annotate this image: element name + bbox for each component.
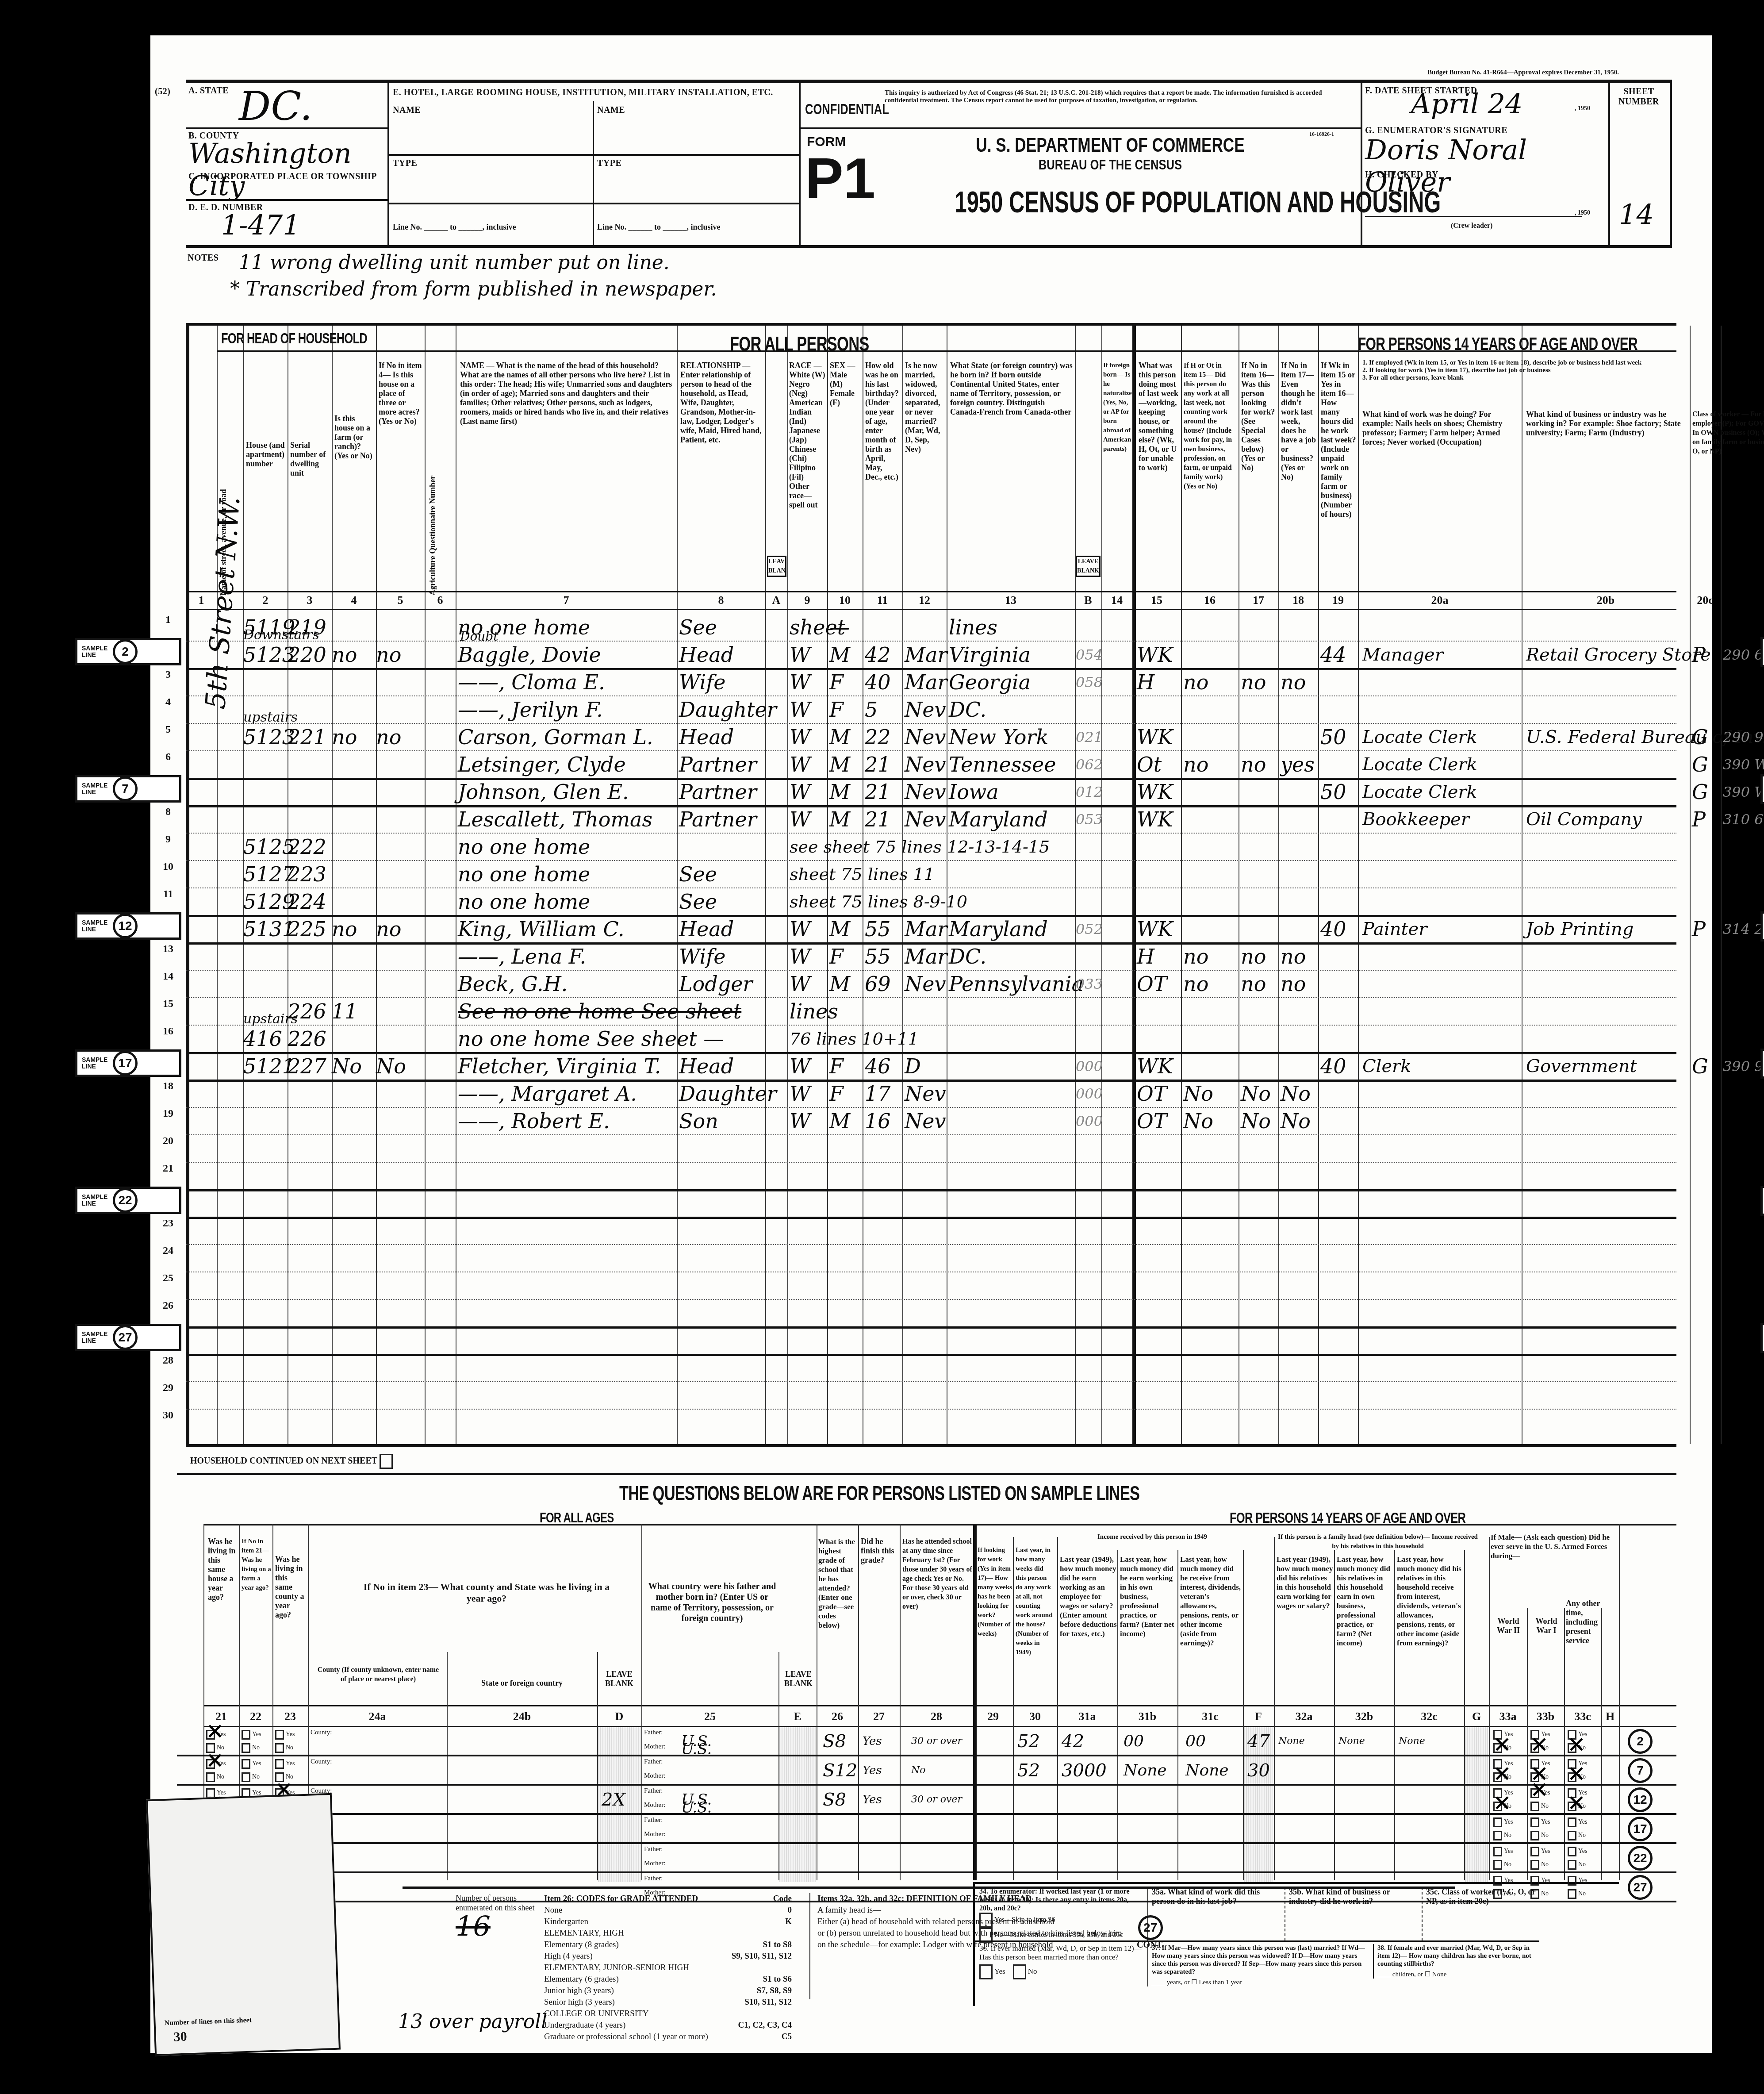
house-number-cell[interactable] (243, 668, 288, 696)
acres-answer-cell[interactable]: No (376, 1052, 425, 1080)
relationship-cell[interactable] (679, 997, 767, 1026)
looking-for-work-cell[interactable] (1241, 1025, 1281, 1053)
sex-cell[interactable]: M (829, 1107, 865, 1135)
hours-worked-cell[interactable] (1320, 750, 1360, 779)
farm-answer-cell[interactable] (332, 1107, 376, 1135)
acres-answer-cell[interactable]: no (376, 723, 425, 751)
office-code-cell[interactable] (1723, 1025, 1764, 1053)
col-F-value[interactable]: 47 (1247, 1729, 1270, 1754)
hours-worked-cell[interactable]: 50 (1320, 723, 1360, 751)
acres-answer-cell[interactable] (376, 833, 425, 861)
hours-worked-cell[interactable] (1320, 970, 1360, 998)
office-code-cell[interactable]: 390 WV 2 (1723, 750, 1764, 779)
acres-answer-cell[interactable] (376, 613, 425, 642)
relationship-cell[interactable]: Head (679, 641, 767, 669)
birthplace-cell[interactable] (949, 1080, 1077, 1108)
looking-for-work-cell[interactable]: no (1241, 942, 1281, 971)
person-name-cell[interactable]: Beck, G.H. (458, 970, 679, 998)
any-work-cell[interactable]: no (1183, 970, 1241, 998)
q33a-no-checkbox[interactable] (1493, 1831, 1502, 1840)
marital-status-cell[interactable]: D (905, 1052, 949, 1080)
relationship-cell[interactable]: Head (679, 1052, 767, 1080)
acres-answer-cell[interactable] (376, 970, 425, 998)
class-of-worker-cell[interactable] (1692, 970, 1723, 998)
has-job-cell[interactable] (1281, 805, 1320, 834)
q33a-yes-checkbox[interactable] (1493, 1847, 1502, 1856)
birthplace-cell[interactable]: Pennsylvania (949, 970, 1077, 998)
any-work-cell[interactable]: no (1183, 942, 1241, 971)
attended-school[interactable]: 30 or over (911, 1729, 962, 1754)
birth-code-cell[interactable] (1076, 833, 1102, 861)
ed-value[interactable]: 1-471 (221, 209, 300, 241)
looking-for-work-cell[interactable] (1241, 860, 1281, 888)
farm-answer-cell[interactable] (332, 695, 376, 724)
mother-birthplace[interactable]: U.S. (681, 1799, 712, 1817)
weeks-worked[interactable]: 52 (1017, 1729, 1040, 1754)
any-work-cell[interactable] (1183, 695, 1241, 724)
race-cell[interactable]: W (790, 723, 829, 751)
activity-cell[interactable]: WK (1137, 805, 1185, 834)
sex-cell[interactable]: M (829, 970, 865, 998)
serial-number-cell[interactable]: 225 (288, 915, 332, 943)
race-cell[interactable]: W (790, 915, 829, 943)
house-number-cell[interactable] (243, 778, 288, 806)
house-number-cell[interactable]: 5125 (243, 833, 288, 861)
birth-code-cell[interactable]: 052 (1076, 915, 1102, 943)
has-job-cell[interactable]: No (1281, 1080, 1320, 1108)
acres-answer-cell[interactable]: no (376, 915, 425, 943)
office-code-cell[interactable] (1723, 860, 1764, 888)
industry-cell[interactable] (1526, 1080, 1694, 1108)
acres-answer-cell[interactable] (376, 942, 425, 971)
marital-status-cell[interactable]: Mar (905, 942, 949, 971)
relationship-cell[interactable] (679, 1025, 767, 1053)
house-number-cell[interactable] (243, 750, 288, 779)
sex-cell[interactable]: M (829, 778, 865, 806)
relationship-cell[interactable]: Wife (679, 668, 767, 696)
class-of-worker-cell[interactable] (1692, 942, 1723, 971)
has-job-cell[interactable]: No (1281, 1107, 1320, 1135)
acres-answer-cell[interactable] (376, 668, 425, 696)
naturalized-cell[interactable] (1102, 723, 1132, 751)
marital-status-cell[interactable]: Nev (905, 970, 949, 998)
person-name-cell[interactable]: ——, Robert E. (458, 1107, 679, 1135)
relationship-cell[interactable]: See (679, 613, 767, 642)
serial-number-cell[interactable] (288, 1107, 332, 1135)
class-of-worker-cell[interactable] (1692, 1025, 1723, 1053)
hours-worked-cell[interactable]: 40 (1320, 915, 1360, 943)
state-value[interactable]: DC. (239, 83, 312, 130)
q21-no-checkbox[interactable] (206, 1772, 215, 1782)
occupation-cell[interactable]: Bookkeeper (1362, 805, 1526, 834)
farm-answer-cell[interactable] (332, 668, 376, 696)
activity-cell[interactable] (1137, 997, 1185, 1026)
birth-code-cell[interactable] (1076, 888, 1102, 916)
age-cell[interactable]: 21 (865, 750, 905, 779)
house-number-cell[interactable]: 5131 (243, 915, 288, 943)
grade-attended[interactable]: S8 (823, 1787, 846, 1812)
farm-answer-cell[interactable]: No (332, 1052, 376, 1080)
marital-status-cell[interactable]: Nev (905, 1080, 949, 1108)
sex-cell[interactable] (829, 860, 865, 888)
farm-answer-cell[interactable] (332, 888, 376, 916)
household-continued[interactable]: HOUSEHOLD CONTINUED ON NEXT SHEET (190, 1454, 395, 1469)
activity-cell[interactable]: WK (1137, 641, 1185, 669)
industry-cell[interactable] (1526, 695, 1694, 724)
class-of-worker-cell[interactable] (1692, 888, 1723, 916)
sex-cell[interactable] (829, 1025, 865, 1053)
marital-status-cell[interactable]: Mar (905, 668, 949, 696)
age-cell[interactable]: 16 (865, 1107, 905, 1135)
person-name-cell[interactable]: Fletcher, Virginia T. (458, 1052, 679, 1080)
naturalized-cell[interactable] (1102, 915, 1132, 943)
industry-cell[interactable] (1526, 997, 1694, 1026)
has-job-cell[interactable] (1281, 778, 1320, 806)
birth-code-cell[interactable] (1076, 942, 1102, 971)
race-cell[interactable]: W (790, 641, 829, 669)
sex-cell[interactable]: M (829, 641, 865, 669)
birthplace-cell[interactable]: Maryland (949, 915, 1077, 943)
any-work-cell[interactable] (1183, 888, 1241, 916)
naturalized-cell[interactable] (1102, 641, 1132, 669)
race-cell[interactable]: sheet 75 lines 8-9-10 (790, 888, 829, 916)
industry-cell[interactable] (1526, 1107, 1694, 1135)
industry-cell[interactable]: Retail Grocery Store (1526, 641, 1694, 669)
q33b-yes-checkbox[interactable] (1530, 1847, 1539, 1856)
q22-no-checkbox[interactable] (242, 1743, 250, 1753)
serial-number-cell[interactable]: 221 (288, 723, 332, 751)
marital-status-cell[interactable]: Nev (905, 805, 949, 834)
person-name-cell[interactable]: King, William C. (458, 915, 679, 943)
race-cell[interactable]: W (790, 805, 829, 834)
person-name-cell[interactable]: Lescallett, Thomas (458, 805, 679, 834)
industry-cell[interactable] (1526, 860, 1694, 888)
hours-worked-cell[interactable]: 40 (1320, 1052, 1360, 1080)
office-code-cell[interactable]: 290 634 (1723, 641, 1764, 669)
has-job-cell[interactable] (1281, 860, 1320, 888)
activity-cell[interactable] (1137, 860, 1185, 888)
house-number-cell[interactable] (243, 1107, 288, 1135)
industry-cell[interactable] (1526, 613, 1694, 642)
q22-yes-checkbox[interactable] (242, 1730, 250, 1740)
activity-cell[interactable] (1137, 888, 1185, 916)
activity-cell[interactable]: H (1137, 668, 1185, 696)
occupation-cell[interactable]: Manager (1362, 641, 1526, 669)
office-code-cell[interactable]: 390 WV 2 (1723, 778, 1764, 806)
occupation-cell[interactable] (1362, 613, 1526, 642)
q33c-no-checkbox[interactable] (1568, 1743, 1576, 1753)
office-code-cell[interactable] (1723, 888, 1764, 916)
house-number-cell[interactable]: 5127 (243, 860, 288, 888)
marital-status-cell[interactable]: Mar (905, 915, 949, 943)
age-cell[interactable] (865, 888, 905, 916)
activity-cell[interactable]: Ot (1137, 750, 1185, 779)
has-job-cell[interactable] (1281, 695, 1320, 724)
activity-cell[interactable]: WK (1137, 778, 1185, 806)
birth-code-cell[interactable] (1076, 1025, 1102, 1053)
house-number-cell[interactable] (243, 942, 288, 971)
has-job-cell[interactable] (1281, 915, 1320, 943)
relationship-cell[interactable]: Son (679, 1107, 767, 1135)
date-value[interactable]: April 24 (1411, 88, 1522, 120)
acres-answer-cell[interactable] (376, 888, 425, 916)
class-of-worker-cell[interactable] (1692, 860, 1723, 888)
relationship-cell[interactable]: Daughter (679, 1080, 767, 1108)
has-job-cell[interactable]: no (1281, 668, 1320, 696)
office-code-cell[interactable] (1723, 668, 1764, 696)
birthplace-cell[interactable] (949, 1107, 1077, 1135)
sex-cell[interactable] (829, 997, 865, 1026)
person-name-cell[interactable]: Johnson, Glen E. (458, 778, 679, 806)
farm-answer-cell[interactable] (332, 833, 376, 861)
looking-for-work-cell[interactable] (1241, 833, 1281, 861)
industry-cell[interactable] (1526, 888, 1694, 916)
age-cell[interactable]: 21 (865, 778, 905, 806)
house-number-cell[interactable] (243, 805, 288, 834)
naturalized-cell[interactable] (1102, 805, 1132, 834)
mother-birthplace[interactable]: U.S. (681, 1741, 712, 1758)
age-cell[interactable]: 22 (865, 723, 905, 751)
looking-for-work-cell[interactable] (1241, 723, 1281, 751)
activity-cell[interactable] (1137, 833, 1185, 861)
naturalized-cell[interactable] (1102, 613, 1132, 642)
office-code-cell[interactable]: 290 916 2 (1723, 723, 1764, 751)
q21-yes-checkbox[interactable] (206, 1759, 215, 1769)
class-of-worker-cell[interactable] (1692, 1080, 1723, 1108)
age-cell[interactable]: 55 (865, 942, 905, 971)
age-cell[interactable]: 46 (865, 1052, 905, 1080)
occupation-cell[interactable] (1362, 860, 1526, 888)
house-number-cell[interactable]: 5123 (243, 641, 288, 669)
hours-worked-cell[interactable] (1320, 695, 1360, 724)
q21-yes-checkbox[interactable] (206, 1730, 215, 1740)
birth-code-cell[interactable] (1076, 695, 1102, 724)
looking-for-work-cell[interactable] (1241, 641, 1281, 669)
relationship-cell[interactable]: Partner (679, 805, 767, 834)
has-job-cell[interactable] (1281, 833, 1320, 861)
birth-code-cell[interactable] (1076, 613, 1102, 642)
serial-number-cell[interactable]: 220 (288, 641, 332, 669)
serial-number-cell[interactable] (288, 1080, 332, 1108)
office-code-cell[interactable]: 310 618 1 (1723, 805, 1764, 834)
col-F-value[interactable]: 30 (1247, 1758, 1270, 1783)
house-number-cell[interactable] (243, 970, 288, 998)
industry-cell[interactable] (1526, 778, 1694, 806)
age-cell[interactable]: 69 (865, 970, 905, 998)
acres-answer-cell[interactable] (376, 1080, 425, 1108)
naturalized-cell[interactable] (1102, 1052, 1132, 1080)
age-cell[interactable]: 5 (865, 695, 905, 724)
race-cell[interactable]: W (790, 695, 829, 724)
naturalized-cell[interactable] (1102, 750, 1132, 779)
farm-answer-cell[interactable] (332, 1025, 376, 1053)
q33a-no-checkbox[interactable] (1493, 1860, 1502, 1870)
class-of-worker-cell[interactable] (1692, 695, 1723, 724)
farm-answer-cell[interactable] (332, 613, 376, 642)
class-of-worker-cell[interactable]: P (1692, 915, 1723, 943)
birthplace-cell[interactable]: DC. (949, 695, 1077, 724)
looking-for-work-cell[interactable]: No (1241, 1107, 1281, 1135)
birth-code-cell[interactable]: 054 (1076, 641, 1102, 669)
farm-answer-cell[interactable]: no (332, 915, 376, 943)
person-name-cell[interactable]: no one home (458, 888, 679, 916)
activity-cell[interactable] (1137, 695, 1185, 724)
birthplace-cell[interactable]: lines (949, 613, 1077, 642)
activity-cell[interactable]: WK (1137, 723, 1185, 751)
q36-yes-checkbox[interactable] (979, 1964, 993, 1979)
class-of-worker-cell[interactable] (1692, 1107, 1723, 1135)
birthplace-cell[interactable] (949, 1025, 1077, 1053)
birth-code-cell[interactable]: 000 (1076, 1052, 1102, 1080)
occupation-cell[interactable] (1362, 942, 1526, 971)
relatives-business[interactable]: None (1338, 1729, 1365, 1754)
industry-cell[interactable]: Government (1526, 1052, 1694, 1080)
age-cell[interactable] (865, 833, 905, 861)
looking-for-work-cell[interactable]: no (1241, 750, 1281, 779)
age-cell[interactable]: 17 (865, 1080, 905, 1108)
q33c-no-checkbox[interactable] (1568, 1772, 1576, 1782)
q33b-yes-checkbox[interactable] (1530, 1788, 1539, 1798)
q34-yes-checkbox[interactable] (979, 1913, 993, 1928)
class-of-worker-cell[interactable]: G (1692, 723, 1723, 751)
age-cell[interactable] (865, 997, 905, 1026)
business-income[interactable]: 00 (1124, 1729, 1144, 1754)
looking-for-work-cell[interactable] (1241, 915, 1281, 943)
race-cell[interactable]: W (790, 1052, 829, 1080)
race-cell[interactable]: sheet 75 lines 11 (790, 860, 829, 888)
class-of-worker-cell[interactable]: P (1692, 641, 1723, 669)
industry-cell[interactable] (1526, 833, 1694, 861)
birthplace-cell[interactable]: DC. (949, 942, 1077, 971)
looking-for-work-cell[interactable]: no (1241, 668, 1281, 696)
person-name-cell[interactable]: Carson, Gorman L. (458, 723, 679, 751)
office-code-cell[interactable] (1723, 997, 1764, 1026)
sex-cell[interactable]: M (829, 723, 865, 751)
occupation-cell[interactable] (1362, 997, 1526, 1026)
occupation-cell[interactable] (1362, 888, 1526, 916)
q33b-no-checkbox[interactable] (1530, 1831, 1539, 1840)
occupation-cell[interactable] (1362, 1025, 1526, 1053)
occupation-cell[interactable]: Locate Clerk (1362, 750, 1526, 779)
age-cell[interactable]: 40 (865, 668, 905, 696)
any-work-cell[interactable] (1183, 860, 1241, 888)
sex-cell[interactable]: M (829, 750, 865, 779)
house-number-cell[interactable]: 416 (243, 1025, 288, 1053)
race-cell[interactable]: 76 lines 10+11 (790, 1025, 829, 1053)
marital-status-cell[interactable]: Nev (905, 723, 949, 751)
persons-enumerated-value[interactable]: 16 (456, 1921, 544, 1931)
relationship-cell[interactable]: Wife (679, 942, 767, 971)
activity-cell[interactable] (1137, 613, 1185, 642)
hours-worked-cell[interactable]: 44 (1320, 641, 1360, 669)
q33a-no-checkbox[interactable] (1493, 1743, 1502, 1753)
hours-worked-cell[interactable] (1320, 833, 1360, 861)
birth-code-cell[interactable] (1076, 860, 1102, 888)
relationship-cell[interactable]: See (679, 888, 767, 916)
q33c-yes-checkbox[interactable] (1568, 1817, 1576, 1827)
acres-answer-cell[interactable] (376, 805, 425, 834)
other-income[interactable]: 00 (1185, 1729, 1206, 1754)
naturalized-cell[interactable] (1102, 888, 1132, 916)
person-name-cell[interactable]: Letsinger, Clyde (458, 750, 679, 779)
q33b-yes-checkbox[interactable] (1530, 1817, 1539, 1827)
any-work-cell[interactable]: No (1183, 1080, 1241, 1108)
looking-for-work-cell[interactable] (1241, 695, 1281, 724)
any-work-cell[interactable] (1183, 723, 1241, 751)
birth-code-cell[interactable]: 000 (1076, 1080, 1102, 1108)
hours-worked-cell[interactable] (1320, 1107, 1360, 1135)
house-number-cell[interactable] (243, 1080, 288, 1108)
looking-for-work-cell[interactable] (1241, 997, 1281, 1026)
finished-grade[interactable]: Yes (863, 1729, 882, 1754)
activity-cell[interactable] (1137, 1025, 1185, 1053)
occupation-cell[interactable] (1362, 668, 1526, 696)
house-number-cell[interactable]: 5121 (243, 1052, 288, 1080)
race-cell[interactable]: W (790, 750, 829, 779)
any-work-cell[interactable] (1183, 1052, 1241, 1080)
activity-cell[interactable]: WK (1137, 1052, 1185, 1080)
q33c-yes-checkbox[interactable] (1568, 1847, 1576, 1856)
occupation-cell[interactable] (1362, 1080, 1526, 1108)
wage-income[interactable]: 42 (1062, 1729, 1084, 1754)
hours-worked-cell[interactable] (1320, 1025, 1360, 1053)
occupation-cell[interactable] (1362, 1107, 1526, 1135)
occupation-cell[interactable]: Locate Clerk (1362, 778, 1526, 806)
birthplace-cell[interactable] (949, 860, 1077, 888)
naturalized-cell[interactable] (1102, 860, 1132, 888)
marital-status-cell[interactable] (905, 888, 949, 916)
naturalized-cell[interactable] (1102, 1107, 1132, 1135)
person-name-cell[interactable]: ——, Margaret A. (458, 1080, 679, 1108)
race-cell[interactable]: W (790, 942, 829, 971)
birthplace-cell[interactable]: Virginia (949, 641, 1077, 669)
race-cell[interactable]: W (790, 1107, 829, 1135)
has-job-cell[interactable]: no (1281, 970, 1320, 998)
has-job-cell[interactable] (1281, 723, 1320, 751)
class-of-worker-cell[interactable]: P (1692, 805, 1723, 834)
marital-status-cell[interactable]: Nev (905, 1107, 949, 1135)
age-cell[interactable]: 21 (865, 805, 905, 834)
q36-no-checkbox[interactable] (1013, 1964, 1026, 1979)
birthplace-cell[interactable] (949, 1052, 1077, 1080)
relatives-wages[interactable]: None (1278, 1729, 1305, 1754)
has-job-cell[interactable] (1281, 1052, 1320, 1080)
farm-answer-cell[interactable] (332, 970, 376, 998)
birthplace-cell[interactable] (949, 997, 1077, 1026)
activity-cell[interactable]: WK (1137, 915, 1185, 943)
q33b-no-checkbox[interactable] (1530, 1860, 1539, 1870)
office-code-cell[interactable] (1723, 970, 1764, 998)
office-code-cell[interactable] (1723, 1080, 1764, 1108)
age-cell[interactable]: 55 (865, 915, 905, 943)
farm-answer-cell[interactable] (332, 1080, 376, 1108)
any-work-cell[interactable] (1183, 778, 1241, 806)
naturalized-cell[interactable] (1102, 1025, 1132, 1053)
acres-answer-cell[interactable] (376, 997, 425, 1026)
class-of-worker-cell[interactable] (1692, 833, 1723, 861)
naturalized-cell[interactable] (1102, 695, 1132, 724)
any-work-cell[interactable] (1183, 613, 1241, 642)
relationship-cell[interactable]: Head (679, 915, 767, 943)
grade-attended[interactable]: S12 (823, 1758, 857, 1783)
has-job-cell[interactable] (1281, 888, 1320, 916)
sex-cell[interactable]: F (829, 1080, 865, 1108)
looking-for-work-cell[interactable] (1241, 613, 1281, 642)
birth-code-cell[interactable]: 062 (1076, 750, 1102, 779)
q33b-no-checkbox[interactable] (1530, 1743, 1539, 1753)
has-job-cell[interactable] (1281, 613, 1320, 642)
attended-school[interactable]: No (911, 1758, 926, 1783)
